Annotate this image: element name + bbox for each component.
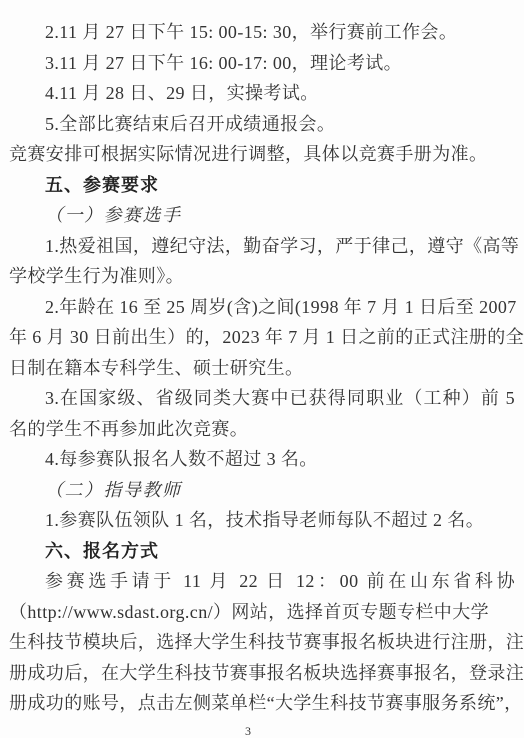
requirement-3-line-1: 3.在国家级、省级同类大赛中已获得同职业（工种）前 5 [9, 383, 515, 414]
document-page: 2.11 月 27 日下午 15: 00-15: 30，举行赛前工作会。 3.1… [0, 0, 524, 738]
schedule-item-2: 2.11 月 27 日下午 15: 00-15: 30，举行赛前工作会。 [9, 17, 515, 48]
schedule-item-4: 4.11 月 28 日、29 日，实操考试。 [9, 78, 515, 109]
requirement-4: 4.每参赛队报名人数不超过 3 名。 [9, 444, 515, 475]
registration-line-2: （http://www.sdast.org.cn/）网站，选择首页专题专栏中大学 [9, 597, 515, 628]
schedule-item-5: 5.全部比赛结束后召开成绩通报会。 [9, 109, 515, 140]
requirement-2-line-1: 2.年龄在 16 至 25 周岁(含)之间(1998 年 7 月 1 日后至 2… [9, 292, 515, 323]
section-5-heading: 五、参赛要求 [9, 170, 515, 201]
registration-line-5: 册成功的账号，点击左侧菜单栏“大学生科技节赛事服务系统”， [9, 688, 515, 719]
schedule-note: 竞赛安排可根据实际情况进行调整，具体以竞赛手册为准。 [9, 139, 515, 170]
schedule-item-3: 3.11 月 27 日下午 16: 00-17: 00，理论考试。 [9, 48, 515, 79]
requirement-1-line-1: 1.热爱祖国，遵纪守法，勤奋学习，严于律己，遵守《高等 [9, 231, 515, 262]
registration-line-1: 参赛选手请于 11 月 22 日 12：00 前在山东省科协 [9, 566, 515, 597]
registration-line-4: 册成功后，在大学生科技节赛事报名板块选择赛事报名，登录注 [9, 658, 515, 689]
registration-line-3: 生科技节模块后，选择大学生科技节赛事报名板块进行注册，注 [9, 627, 515, 658]
requirement-1-line-2: 学校学生行为准则》。 [9, 261, 515, 292]
subsection-2-heading: （二）指导教师 [9, 475, 515, 506]
subsection-1-heading: （一）参赛选手 [9, 200, 515, 231]
requirement-2-line-2: 年 6 月 30 日前出生）的，2023 年 7 月 1 日之前的正式注册的全 [9, 322, 515, 353]
section-6-heading: 六、报名方式 [9, 536, 515, 567]
coach-requirement: 1.参赛队伍领队 1 名，技术指导老师每队不超过 2 名。 [9, 505, 515, 536]
page-number: 3 [0, 723, 501, 738]
requirement-2-line-3: 日制在籍本专科学生、硕士研究生。 [9, 353, 515, 384]
requirement-3-line-2: 名的学生不再参加此次竞赛。 [9, 414, 515, 445]
